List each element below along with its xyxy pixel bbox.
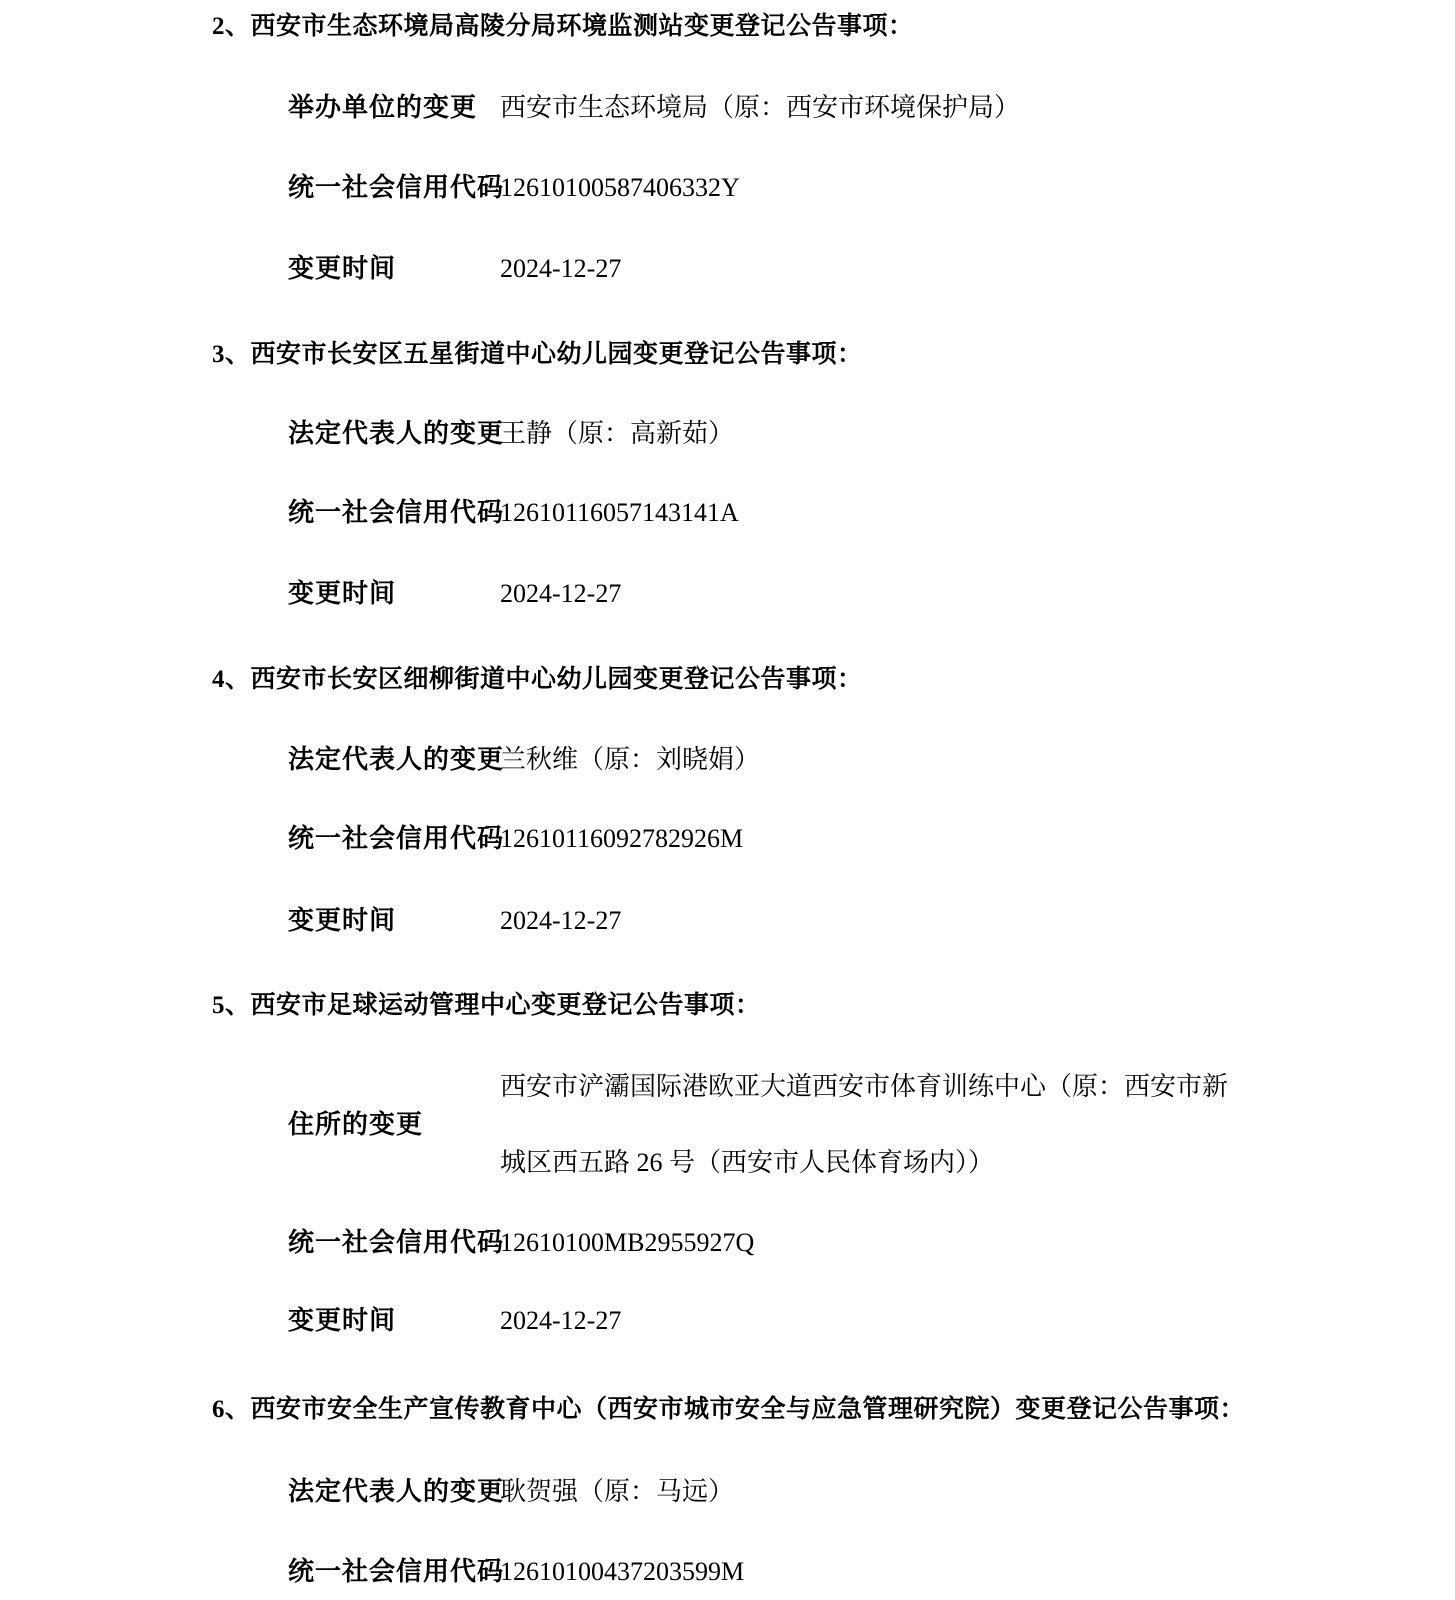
item2-change-date-value: 2024-12-27 (500, 251, 621, 287)
item6-credit-code-value: 12610100437203599M (500, 1554, 744, 1590)
item5-change-date-value: 2024-12-27 (500, 1303, 621, 1339)
item3-change-date-value: 2024-12-27 (500, 576, 621, 612)
item4-credit-code-value: 12610116092782926M (500, 821, 743, 857)
item2-credit-code-value: 12610100587406332Y (500, 170, 740, 206)
item5-address-value-line2: 城区西五路 26 号（西安市人民体育场内）） (500, 1145, 994, 1181)
item4-legal-rep-change-value: 兰秋维（原：刘晓娟） (500, 742, 760, 778)
item4-credit-code-label: 统一社会信用代码 (288, 821, 504, 857)
item4-change-date-label: 变更时间 (288, 903, 396, 939)
item3-credit-code-value: 12610116057143141A (500, 495, 739, 531)
item5-credit-code-value: 12610100MB2955927Q (500, 1225, 754, 1261)
item3-change-date-label: 变更时间 (288, 576, 396, 612)
item3-credit-code-label: 统一社会信用代码 (288, 495, 504, 531)
item2-change-date-label: 变更时间 (288, 251, 396, 287)
item5-address-change-label: 住所的变更 (288, 1107, 423, 1143)
announcement-4-title: 4、西安市长安区细柳街道中心幼儿园变更登记公告事项： (212, 662, 863, 698)
item6-credit-code-label: 统一社会信用代码 (288, 1554, 504, 1590)
item2-organizer-change-value: 西安市生态环境局（原：西安市环境保护局） (500, 90, 1020, 126)
item5-credit-code-label: 统一社会信用代码 (288, 1225, 504, 1261)
announcement-2-title: 2、西安市生态环境局高陵分局环境监测站变更登记公告事项： (212, 9, 914, 45)
announcement-3-title: 3、西安市长安区五星街道中心幼儿园变更登记公告事项： (212, 337, 863, 373)
item3-legal-rep-change-label: 法定代表人的变更 (288, 416, 504, 452)
announcement-document-page: 2、西安市生态环境局高陵分局环境监测站变更登记公告事项： 举办单位的变更 西安市… (0, 0, 1455, 1600)
item4-legal-rep-change-label: 法定代表人的变更 (288, 742, 504, 778)
item6-legal-rep-change-label: 法定代表人的变更 (288, 1474, 504, 1510)
announcement-5-title: 5、西安市足球运动管理中心变更登记公告事项： (212, 988, 761, 1024)
item2-organizer-change-label: 举办单位的变更 (288, 90, 477, 126)
item6-legal-rep-change-value: 耿贺强（原：马远） (500, 1474, 734, 1510)
item4-change-date-value: 2024-12-27 (500, 903, 621, 939)
announcement-6-title: 6、西安市安全生产宣传教育中心（西安市城市安全与应急管理研究院）变更登记公告事项… (212, 1392, 1245, 1428)
item5-change-date-label: 变更时间 (288, 1303, 396, 1339)
item5-address-value-line1: 西安市浐灞国际港欧亚大道西安市体育训练中心（原：西安市新 (500, 1069, 1228, 1105)
item3-legal-rep-change-value: 王静（原：高新茹） (500, 416, 734, 452)
item2-credit-code-label: 统一社会信用代码 (288, 170, 504, 206)
